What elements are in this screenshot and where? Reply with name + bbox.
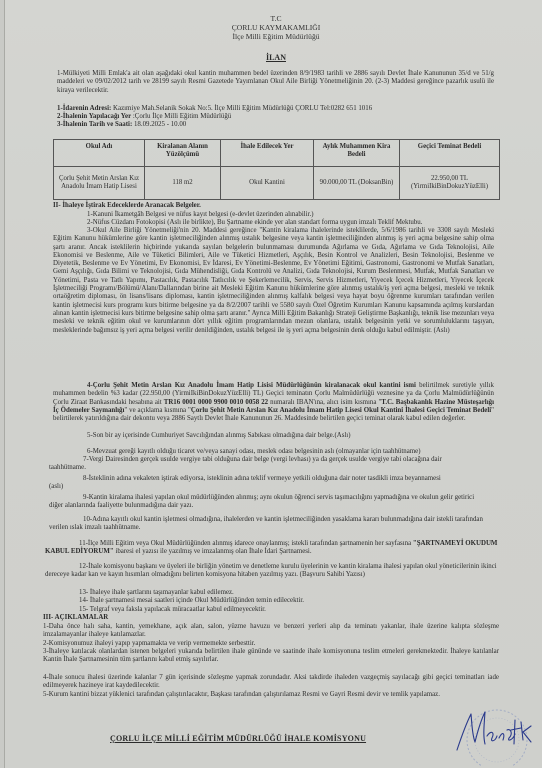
col-rent: Aylık Muhammen Kira Bedeli (314, 140, 400, 167)
cell-place: Okul Kantini (221, 167, 314, 200)
s2-item-7: 7-Vergi Dairesinden gerçek usulde vergiy… (49, 456, 479, 473)
cell-rent: 90.000,00 TL (DoksanBin) (314, 167, 400, 200)
info-date: 3-İhalenin Tarih ve Saati: 18.09.2025 - … (57, 121, 186, 129)
cell-school: Çorlu Şehit Metin Arslan Kız Anadolu İma… (54, 167, 145, 200)
info-label: 1-İdarenin Adresi: (57, 105, 111, 112)
document-title: İLAN (5, 53, 542, 62)
col-school: Okul Adı (54, 140, 145, 167)
payment-description: Çorlu Şehit Metin Arslan Kız Anadolu İma… (191, 407, 491, 414)
intro-paragraph: 1-Mülkiyeti Milli Emlak'a ait olan aşağı… (57, 70, 494, 95)
s2-item-5: 5-Son bir ay içerisinde Cumhuriyet Savcı… (87, 432, 351, 440)
s2-item-11: 11-İlçe Milli Eğitim veya Okul Müdürlüğü… (45, 540, 500, 557)
tender-table: Okul Adı Kiralanan Alanın Yüzölçümü İhal… (53, 139, 500, 200)
table-header-row: Okul Adı Kiralanan Alanın Yüzölçümü İhal… (54, 140, 500, 167)
info-value: 18.09.2025 - 10.00 (132, 121, 186, 128)
document-page: T.C ÇORLU KAYMAKAMLIĞI İlçe Milli Eğitim… (4, 0, 542, 768)
s3-item-3: 3-İhaleye katılacak olanlardan istenen b… (43, 648, 499, 665)
commission-footer: ÇORLU İLÇE MİLLİ EĞİTİM MÜDÜRLÜĞÜ İHALE … (110, 734, 366, 743)
col-area: Kiralanan Alanın Yüzölçümü (145, 140, 221, 167)
col-guarantee: Geçici Teminat Bedeli (400, 140, 500, 167)
item4-text: numaralı IBAN'ına, alıcı isim kısmına " (268, 399, 381, 406)
info-label: 3-İhalenin Tarih ve Saati: (57, 121, 132, 128)
official-stamp-signature-icon (445, 700, 535, 766)
header-mudurluk: İlçe Milli Eğitim Müdürlüğü (5, 32, 542, 41)
section2-heading-text: II- İhaleye İştirak Edeceklerde Aranacak… (53, 202, 201, 209)
cell-guarantee: 22.950,00 TL (YirmiIkiBinDokuzYüzElli) (400, 167, 500, 200)
s2-item-4: 4-Çorlu Şehit Metin Arslan Kız Anadolu İ… (53, 382, 494, 423)
s2-item-10: 10-Adına kayıtlı okul kantin işletmesi o… (49, 516, 499, 533)
iban: TR16 0001 0000 9900 0010 0058 22 (164, 399, 268, 406)
s2-item-12: 12-İhale komisyonu başkanı ve üyeleri il… (45, 563, 500, 580)
header-tc: T.C (5, 14, 542, 23)
item4-text: " ve açıklama kısmına " (124, 407, 190, 414)
cell-area: 118 m2 (145, 167, 221, 200)
s2-item-9: 9-Kantin kiralama ihalesi yapılan okul m… (49, 494, 489, 511)
item11-text: 11-İlçe Milli Eğitim veya Okul Müdürlüğü… (79, 540, 411, 547)
section2-heading: II- İhaleye İştirak Edeceklerde Aranacak… (53, 202, 201, 210)
s2-item-14: 14- İhale şartnamesi mesai saatleri için… (79, 597, 304, 605)
info-value: :Çorlu İlçe Milli Eğitim Müdürlüğü (131, 113, 231, 120)
info-label: 2-İhalenin Yapılacağı Yer (57, 113, 131, 120)
info-value: Kazımiye Mah.Selanik Sokak No:5. İlçe Mi… (111, 105, 372, 112)
section3-heading: III- AÇIKLAMALAR (43, 614, 108, 622)
item4-bold: 4-Çorlu Şehit Metin Arslan Kız Anadolu İ… (87, 382, 416, 389)
s2-item-8: 8-İsteklinin adına vekaleten iştirak edi… (49, 475, 449, 492)
header-kaymakamlik: ÇORLU KAYMAKAMLIĞI (5, 23, 542, 32)
s3-item-5: 5-Kurum kantini bizzat yüklenici tarafın… (43, 691, 499, 699)
s3-item-4: 4-İhale sonucu ihalesi üzerinde kalanlar… (43, 674, 499, 691)
table-row: Çorlu Şehit Metin Arslan Kız Anadolu İma… (54, 167, 500, 200)
col-place: İhale Edilecek Yer (221, 140, 314, 167)
section3-heading-text: III- AÇIKLAMALAR (43, 614, 108, 621)
item11-rest: ibaresi el yazısı ile yazılmış ve imzala… (114, 548, 312, 555)
s2-item-3: 3-Okul Aile Birliği Yönetmeliği'nin 20. … (53, 227, 494, 335)
s3-item-1: 1-Daha önce halı saha, kantin, yemekhane… (43, 623, 499, 640)
